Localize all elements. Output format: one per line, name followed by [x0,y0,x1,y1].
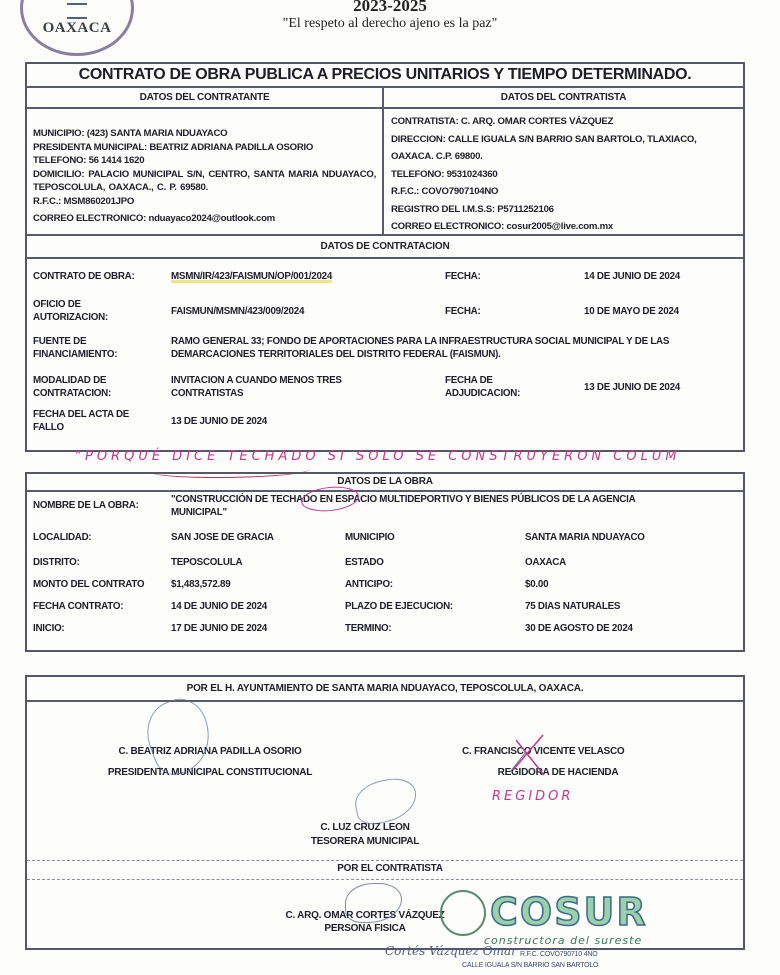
estado-value: OAXACA [525,557,566,570]
obra-nombre-label: NOMBRE DE LA OBRA: [33,500,139,513]
motto: "El respeto al derecho ajeno es la paz" [0,16,780,32]
oficio-fecha-label: FECHA: [445,306,481,319]
distrito-label: DISTRITO: [33,557,80,570]
contrato-fecha-label: FECHA: [445,271,481,284]
obra-box: DATOS DE LA OBRA NOMBRE DE LA OBRA: "CON… [25,472,745,652]
inicio-value: 17 DE JUNIO DE 2024 [171,623,267,636]
fecha-contrato-value: 14 DE JUNIO DE 2024 [171,601,267,614]
parties-data-row: MUNICIPIO: (423) SANTA MARIA NDUAYACO PR… [27,109,743,236]
distrito-value: TEPOSCOLULA [171,557,242,570]
fuente-label: FUENTE DE FINANCIAMIENTO: [33,336,117,361]
contrato-fecha-value: 14 DE JUNIO DE 2024 [584,271,680,284]
plazo-label: PLAZO DE EJECUCION: [345,601,453,614]
oficio-label-line-2: AUTORIZACION: [33,312,108,325]
contratacion-heading-row: DATOS DE CONTRATACION [27,236,743,259]
fallo-label-line-2: FALLO [33,422,129,435]
municipio-value: SANTA MARIA NDUAYACO [525,532,645,545]
contratista-direccion-cp: OAXACA. C.P. 69800. [391,148,737,166]
contratista-correo: CORREO ELECTRONICO: cosur2005@live.com.m… [391,218,737,236]
stamp-rfc: R.F.C. COVO790710 4NO [520,951,598,958]
contratista-nombre: CONTRATISTA: C. ARQ. OMAR CORTES VÁZQUEZ [391,113,737,131]
contratante-telefono: TELEFONO: 56 1414 1620 [33,154,376,168]
fuente-value-line-1: RAMO GENERAL 33; FONDO DE APORTACIONES P… [171,336,669,349]
presidenta-role: PRESIDENTA MUNICIPAL CONSTITUCIONAL [90,767,330,778]
tesorera-role: TESORERA MUNICIPAL [290,836,440,847]
contrato-value: MSMN/IR/423/FAISMUN/OP/001/2024 [171,271,332,284]
fuente-label-line-1: FUENTE DE [33,336,117,349]
contract-title: CONTRATO DE OBRA PUBLICA A PRECIOS UNITA… [27,64,743,86]
contratista-divider-bottom [27,879,743,880]
contratista-role: PERSONA FISICA [310,923,420,934]
administration-years: 2023-2025 [0,0,780,16]
contratista-sign-heading: POR EL CONTRATISTA [320,863,460,874]
regidor-handwritten-note: REGIDOR [492,789,573,804]
contratista-divider-top [27,860,743,861]
termino-label: TERMINO: [345,623,391,636]
anticipo-label: ANTICIPO: [345,579,393,592]
adjudicacion-value: 13 DE JUNIO DE 2024 [584,382,680,395]
plazo-value: 75 DIAS NATURALES [525,601,620,614]
tesorera-name: C. LUZ CRUZ LEON [300,822,430,833]
letterhead: OAXACA 2023-2025 "El respeto al derecho … [0,0,780,58]
contract-title-row: CONTRATO DE OBRA PUBLICA A PRECIOS UNITA… [27,64,743,88]
fallo-label: FECHA DEL ACTA DE FALLO [33,409,129,434]
localidad-label: LOCALIDAD: [33,532,91,545]
modalidad-value: INVITACION A CUANDO MENOS TRES CONTRATIS… [171,375,342,400]
modalidad-value-line-1: INVITACION A CUANDO MENOS TRES [171,375,342,388]
contratante-presidenta: PRESIDENTA MUNICIPAL: BEATRIZ ADRIANA PA… [33,141,376,155]
oficio-fecha-value: 10 DE MAYO DE 2024 [584,306,679,319]
municipio-label: MUNICIPIO [345,532,394,545]
anticipo-value: $0.00 [525,579,548,592]
modalidad-value-line-2: CONTRATISTAS [171,388,342,401]
oficio-label-line-1: OFICIO DE [33,299,108,312]
contratista-direccion: DIRECCION: CALLE IGUALA S/N BARRIO SAN B… [391,131,737,149]
presidenta-name: C. BEATRIZ ADRIANA PADILLA OSORIO [110,746,310,757]
modalidad-label: MODALIDAD DE CONTRATACION: [33,375,111,400]
contratante-domicilio: DOMICILIO: PALACIO MUNICIPAL S/N, CENTRO… [33,168,376,195]
contratista-details: CONTRATISTA: C. ARQ. OMAR CORTES VÁZQUEZ… [384,109,743,234]
monto-value: $1,483,572.89 [171,579,230,592]
modalidad-label-line-2: CONTRATACION: [33,388,111,401]
contratante-heading: DATOS DEL CONTRATANTE [27,88,382,107]
contrato-label: CONTRATO DE OBRA: [33,271,135,284]
regidor-cross-out-icon [508,730,548,780]
inicio-label: INICIO: [33,623,64,636]
cosur-brand: COSUR [490,890,648,934]
contratacion-data: CONTRATO DE OBRA: MSMN/IR/423/FAISMUN/OP… [27,259,743,449]
contratista-heading: DATOS DEL CONTRATISTA [384,88,743,107]
stamp-address: CALLE IGUALA S/N BARRIO SAN BARTOLO [462,962,598,969]
contratante-rfc: R.F.C.: MSM860201JPO [33,195,376,209]
obra-heading-row: DATOS DE LA OBRA [27,474,743,492]
oficio-value: FAISMUN/MSMN/423/009/2024 [171,306,304,319]
obra-nombre-line-2: MUNICIPAL" [171,507,635,520]
ayuntamiento-heading-row: POR EL H. AYUNTAMIENTO DE SANTA MARIA ND… [27,677,743,702]
adjudicacion-label-line-1: FECHA DE [445,375,520,388]
oficio-label: OFICIO DE AUTORIZACION: [33,299,108,324]
contratista-imss: REGISTRO DEL I.M.S.S: P5711252106 [391,201,737,219]
fallo-label-line-1: FECHA DEL ACTA DE [33,409,129,422]
obra-nombre-line-1: "CONSTRUCCIÓN DE TECHADO EN ESPACIO MULT… [171,494,635,507]
ayuntamiento-heading: POR EL H. AYUNTAMIENTO DE SANTA MARIA ND… [27,679,743,698]
regidor-role: REGIDORA DE HACIENDA [478,767,638,778]
stamp-signature-script: Cortés Vázquez Omar [385,944,517,958]
contratacion-heading: DATOS DE CONTRATACION [27,237,743,256]
obra-heading: DATOS DE LA OBRA [27,474,743,490]
contract-box: CONTRATO DE OBRA PUBLICA A PRECIOS UNITA… [25,62,745,452]
monto-label: MONTO DEL CONTRATO [33,579,144,592]
fallo-value: 13 DE JUNIO DE 2024 [171,416,267,429]
fuente-label-line-2: FINANCIAMIENTO: [33,349,117,362]
adjudicacion-label: FECHA DE ADJUDICACION: [445,375,520,400]
obra-nombre-value: "CONSTRUCCIÓN DE TECHADO EN ESPACIO MULT… [171,494,635,519]
cosur-emblem-icon [440,890,486,936]
parties-heading-row: DATOS DEL CONTRATANTE DATOS DEL CONTRATI… [27,88,743,109]
regidor-name: C. FRANCISCO VICENTE VELASCO [462,746,682,757]
estado-label: ESTADO [345,557,384,570]
termino-value: 30 DE AGOSTO DE 2024 [525,623,633,636]
contratista-telefono: TELEFONO: 9531024360 [391,166,737,184]
contratante-details: MUNICIPIO: (423) SANTA MARIA NDUAYACO PR… [27,109,384,234]
obra-data: NOMBRE DE LA OBRA: "CONSTRUCCIÓN DE TECH… [27,492,743,650]
fecha-contrato-label: FECHA CONTRATO: [33,601,123,614]
contratista-rfc: R.F.C.: COVO7907104NO [391,183,737,201]
fuente-value-line-2: DEMARCACIONES TERRITORIALES DEL DISTRITO… [171,349,669,362]
fuente-value: RAMO GENERAL 33; FONDO DE APORTACIONES P… [171,336,669,361]
localidad-value: SAN JOSE DE GRACIA [171,532,274,545]
contratante-correo: CORREO ELECTRONICO: nduayaco2024@outlook… [33,212,376,226]
modalidad-label-line-1: MODALIDAD DE [33,375,111,388]
contratante-municipio: MUNICIPIO: (423) SANTA MARIA NDUAYACO [33,127,376,141]
adjudicacion-label-line-2: ADJUDICACION: [445,388,520,401]
handwritten-annotation: "PORQUÉ DICE TECHADO SI SOLO SE CONSTRUY… [75,449,681,464]
